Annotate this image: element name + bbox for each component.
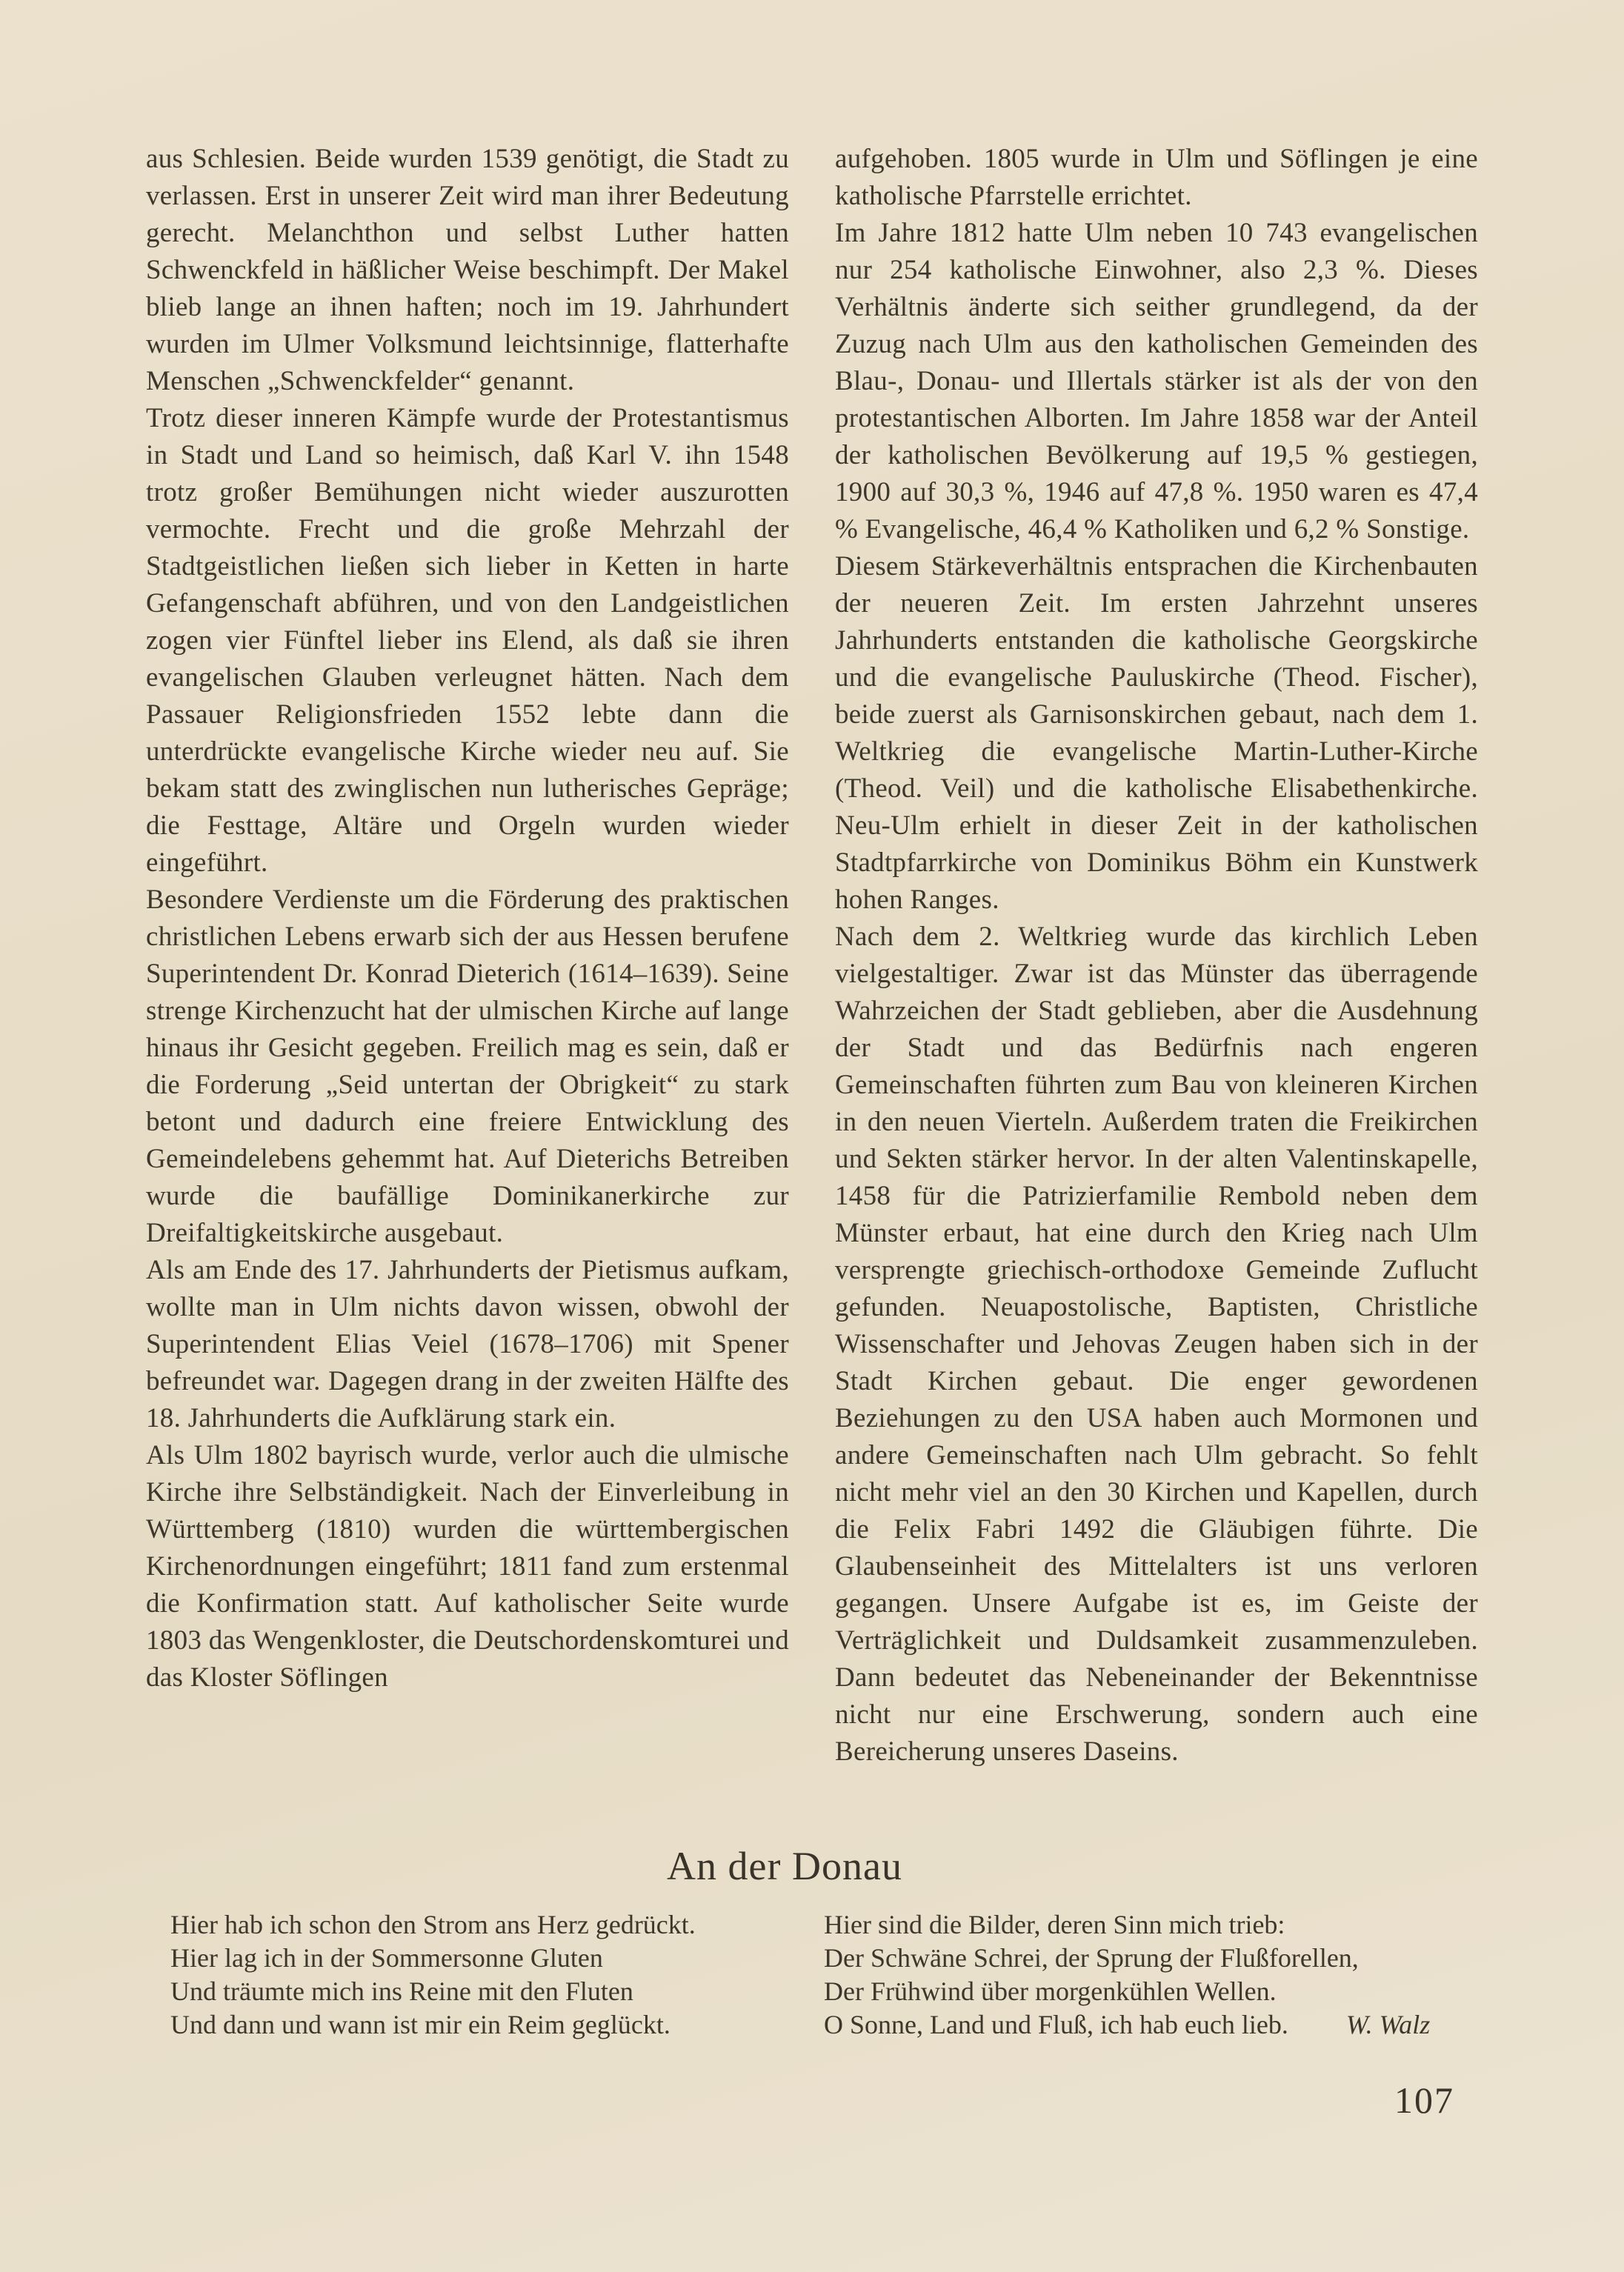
poem-line: Und träumte mich ins Reine mit den Flute… — [170, 1975, 696, 2008]
paragraph: Als Ulm 1802 bayrisch wurde, verlor auch… — [146, 1437, 789, 1696]
poem-author: W. Walz — [1346, 2010, 1430, 2039]
right-text-column: aufgehoben. 1805 wurde in Ulm und Söflin… — [835, 141, 1478, 1770]
paragraph: Als am Ende des 17. Jahrhunderts der Pie… — [146, 1252, 789, 1437]
poem-line: Hier hab ich schon den Strom ans Herz ge… — [170, 1908, 696, 1942]
poem-line: Und dann und wann ist mir ein Reim geglü… — [170, 2008, 696, 2042]
poem-line: Hier sind die Bilder, deren Sinn mich tr… — [824, 1908, 1430, 1942]
paragraph: Besondere Verdienste um die Förderung de… — [146, 882, 789, 1252]
paragraph: aufgehoben. 1805 wurde in Ulm und Söflin… — [835, 141, 1478, 215]
poem-stanza-right: Hier sind die Bilder, deren Sinn mich tr… — [824, 1908, 1430, 2042]
left-text-column: aus Schlesien. Beide wurden 1539 genötig… — [146, 141, 789, 1696]
paragraph: Trotz dieser inneren Kämpfe wurde der Pr… — [146, 400, 789, 882]
poem-stanza-left: Hier hab ich schon den Strom ans Herz ge… — [170, 1908, 696, 2042]
paragraph: Diesem Stärkeverhältnis entsprachen die … — [835, 548, 1478, 919]
paragraph: Nach dem 2. Weltkrieg wurde das kirchlic… — [835, 919, 1478, 1770]
poem-line: Der Schwäne Schrei, der Sprung der Flußf… — [824, 1942, 1430, 1975]
poem-line-text: O Sonne, Land und Fluß, ich hab euch lie… — [824, 2010, 1288, 2039]
poem-line: Hier lag ich in der Sommersonne Gluten — [170, 1942, 696, 1975]
book-page-scan: { "colors": { "paper": "#e8dec9", "ink":… — [0, 0, 1624, 2272]
poem-line: O Sonne, Land und Fluß, ich hab euch lie… — [824, 2008, 1430, 2042]
page-number: 107 — [1394, 2079, 1454, 2122]
paragraph: Im Jahre 1812 hatte Ulm neben 10 743 eva… — [835, 215, 1478, 548]
poem-title: An der Donau — [146, 1843, 1423, 1889]
poem-line: Der Frühwind über morgenkühlen Wellen. — [824, 1975, 1430, 2008]
paragraph: aus Schlesien. Beide wurden 1539 genötig… — [146, 141, 789, 400]
